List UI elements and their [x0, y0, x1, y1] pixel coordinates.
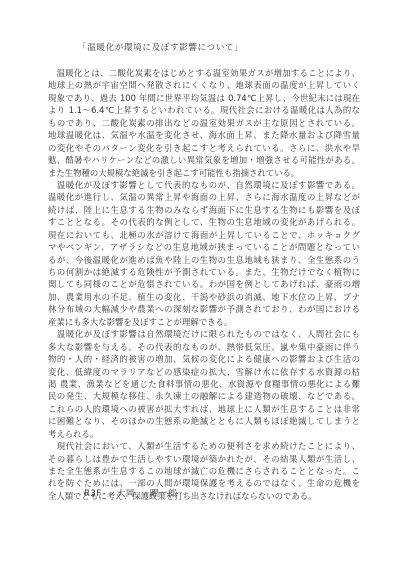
- author-signature: R3F 大岡 曜一郎: [84, 487, 189, 499]
- body-line: 変化、低緯度のマラリアなどの感染症の拡大、雪解け水に依存する水資源の枯: [48, 366, 360, 378]
- body-line-text: 地球温暖化は、気温や水温を変化させ、海水面上昇、また降水量および降雪量: [48, 129, 360, 141]
- body-line-text: 産業にも多大な影響を及ぼすことが理解できる。: [48, 316, 360, 328]
- body-line-text: に困難となり、そのほかの生態系の絶滅とともに人類もほぼ絶滅してしまうと: [48, 415, 360, 427]
- body-line: るが、今後温暖化が進めば魚や陸上の生物の生息地域も狭まり、全生態系のう: [48, 254, 360, 266]
- body-line-text: また生物種の大規模な絶滅を引き起こす可能性も指摘されている。: [48, 167, 360, 179]
- body-line-text: の変化やそのパターン変化を引き起こすと考えられている。さらに、洪水や旱: [48, 142, 360, 154]
- body-line-text: 現代社会において、人類が生活するための便利さを求め続けたことにより、: [48, 440, 360, 452]
- body-line-text: 温暖化が及ぼす影響は自然環境だけに限られたものではなく、人間社会にも: [48, 328, 360, 340]
- body-line: マやペンギン、アザラシなどの生息地域が狭まっていることが問題となってい: [48, 241, 360, 253]
- body-line: 考えられる。: [48, 428, 360, 440]
- body-line-text: 民の発生、大規模な移住、永久凍土の融解による建造物の破壊、などである。: [48, 390, 360, 402]
- body-line: 温暖化が進行し、気温の異常上昇や海面の上昇、さらに海水温度の上昇などが: [48, 191, 360, 203]
- body-line-text: 続けば、陸上に生息する生物のみならず海面下に生息する生物にも影響を及ぼ: [48, 204, 360, 216]
- body-line: 渇 農業、漁業などを通じた食料事情の悪化、水資源や食糧事情の悪化による難: [48, 378, 360, 390]
- document-title: 「温暖化が環境に及ぼす影響について」: [78, 41, 243, 53]
- body-line: 温暖化とは、二酸化炭素をはじめとする温室効果ガスが増加することにより、: [48, 67, 360, 79]
- body-line-text: 現在においても、北極の氷が溶けて海面が上昇していることで、ホッキョクグ: [48, 229, 360, 241]
- body-line: ちの何割かは絶滅する危険性が予測されている。また、生物だけでなく植物に: [48, 266, 360, 278]
- body-line-text: 多大な影響を与える。その代表的なものが、熱帯低気圧、嵐や集中豪雨に伴う: [48, 341, 360, 353]
- document-body: 温暖化とは、二酸化炭素をはじめとする温室効果ガスが増加することにより、地球上の熱…: [48, 67, 360, 502]
- body-line-text: 温暖化が及ぼす影響として代表的なものが、自然環境に及ぼす影響である。: [48, 179, 360, 191]
- body-line: その暮らしは豊かで生活しやすい環境が築かれたが、その結果人類が生活し、: [48, 453, 360, 465]
- body-line-text: 地球上の熱が宇宙空間へ発散されにくくなり、地球表面の温度が上昇していく: [48, 79, 360, 91]
- body-line-text: また全生態系が生息するこの地球が滅亡の危機にさらされることとなった。こ: [48, 465, 360, 477]
- body-line-text: その暮らしは豊かで生活しやすい環境が築かれたが、その結果人類が生活し、: [48, 453, 360, 465]
- body-line-text: 渇 農業、漁業などを通じた食料事情の悪化、水資源や食糧事情の悪化による難: [48, 378, 360, 390]
- body-line: 地球温暖化は、気温や水温を変化させ、海水面上昇、また降水量および降雪量: [48, 129, 360, 141]
- body-line-text: より 1.1～6.4℃上昇するといわれている。現代社会における温暖化は人為的な: [48, 104, 360, 116]
- author-surname: 大岡: [117, 489, 135, 499]
- body-line-text: すこととなる。その代表的な例として、生物の生息地域の変化があげられる。: [48, 216, 360, 228]
- body-line: また生物種の大規模な絶滅を引き起こす可能性も指摘されている。: [48, 167, 360, 179]
- body-line: 加、農業用水の不足、植生の変化、干潟や砂浜の消滅、地下水位の上昇、ブナ: [48, 291, 360, 303]
- body-line: の変化やそのパターン変化を引き起こすと考えられている。さらに、洪水や旱: [48, 142, 360, 154]
- body-line: すこととなる。その代表的な例として、生物の生息地域の変化があげられる。: [48, 216, 360, 228]
- body-line: 温暖化が及ぼす影響は自然環境だけに限られたものではなく、人間社会にも: [48, 328, 360, 340]
- body-line: ものであり、二酸化炭素の排出などの温室効果ガスが主な原因とされている。: [48, 117, 360, 129]
- body-line-text: これらの人的環境への被害が拡大すれば、地球上に人類が生息することは非常: [48, 403, 360, 415]
- body-line: これらの人的環境への被害が拡大すれば、地球上に人類が生息することは非常: [48, 403, 360, 415]
- body-line-text: 加、農業用水の不足、植生の変化、干潟や砂浜の消滅、地下水位の上昇、ブナ: [48, 291, 360, 303]
- body-line: 現代社会において、人類が生活するための便利さを求め続けたことにより、: [48, 440, 360, 452]
- body-line: 産業にも多大な影響を及ぼすことが理解できる。: [48, 316, 360, 328]
- body-line-text: ちの何割かは絶滅する危険性が予測されている。また、生物だけでなく植物に: [48, 266, 360, 278]
- body-line: 温暖化が及ぼす影響として代表的なものが、自然環境に及ぼす影響である。: [48, 179, 360, 191]
- body-line: 地球上の熱が宇宙空間へ発散されにくくなり、地球表面の温度が上昇していく: [48, 79, 360, 91]
- author-class-label: R3F: [84, 489, 102, 499]
- body-line: 民の発生、大規模な移住、永久凍土の融解による建造物の破壊、などである。: [48, 390, 360, 402]
- body-line: 関しても同様のことが危惧されている。わが国を例としてあげれば、豪雨の増: [48, 278, 360, 290]
- author-given-name: 曜一郎: [150, 489, 177, 499]
- body-line: 現象であり、過去 100 年間に世界平均気温は 0.74℃上昇し、今世紀末には現…: [48, 92, 360, 104]
- body-line: 多大な影響を与える。その代表的なものが、熱帯低気圧、嵐や集中豪雨に伴う: [48, 341, 360, 353]
- body-line-text: 温暖化とは、二酸化炭素をはじめとする温室効果ガスが増加することにより、: [48, 67, 360, 79]
- body-line: 魃、酷暑やハリケーンなどの激しい異常気象を増加・増強させる可能性がある。: [48, 154, 360, 166]
- body-line: また全生態系が生息するこの地球が滅亡の危機にさらされることとなった。こ: [48, 465, 360, 477]
- body-line-text: ものであり、二酸化炭素の排出などの温室効果ガスが主な原因とされている。: [48, 117, 360, 129]
- body-line-text: るが、今後温暖化が進めば魚や陸上の生物の生息地域も狭まり、全生態系のう: [48, 254, 360, 266]
- body-line-text: 関しても同様のことが危惧されている。わが国を例としてあげれば、豪雨の増: [48, 278, 360, 290]
- body-line-text: 物的・人的・経済的被害の増加、気候の変化による健康への影響および生活の: [48, 353, 360, 365]
- body-line-text: 林分布域の大幅減少や農業への深刻な影響が予測されており、わが国における: [48, 303, 360, 315]
- body-line: 物的・人的・経済的被害の増加、気候の変化による健康への影響および生活の: [48, 353, 360, 365]
- body-line-text: 温暖化が進行し、気温の異常上昇や海面の上昇、さらに海水温度の上昇などが: [48, 191, 360, 203]
- body-line: 続けば、陸上に生息する生物のみならず海面下に生息する生物にも影響を及ぼ: [48, 204, 360, 216]
- body-line-text: 考えられる。: [48, 428, 360, 440]
- body-line: 林分布域の大幅減少や農業への深刻な影響が予測されており、わが国における: [48, 303, 360, 315]
- document-page: 「温暖化が環境に及ぼす影響について」 温暖化とは、二酸化炭素をはじめとする温室効…: [0, 0, 410, 580]
- body-line-text: 魃、酷暑やハリケーンなどの激しい異常気象を増加・増強させる可能性がある。: [48, 154, 360, 166]
- body-line-text: マやペンギン、アザラシなどの生息地域が狭まっていることが問題となってい: [48, 241, 360, 253]
- body-line-text: 現象であり、過去 100 年間に世界平均気温は 0.74℃上昇し、今世紀末には現…: [48, 92, 360, 104]
- body-line: より 1.1～6.4℃上昇するといわれている。現代社会における温暖化は人為的な: [48, 104, 360, 116]
- body-line: 現在においても、北極の氷が溶けて海面が上昇していることで、ホッキョクグ: [48, 229, 360, 241]
- body-line: に困難となり、そのほかの生態系の絶滅とともに人類もほぼ絶滅してしまうと: [48, 415, 360, 427]
- body-line-text: 変化、低緯度のマラリアなどの感染症の拡大、雪解け水に依存する水資源の枯: [48, 366, 360, 378]
